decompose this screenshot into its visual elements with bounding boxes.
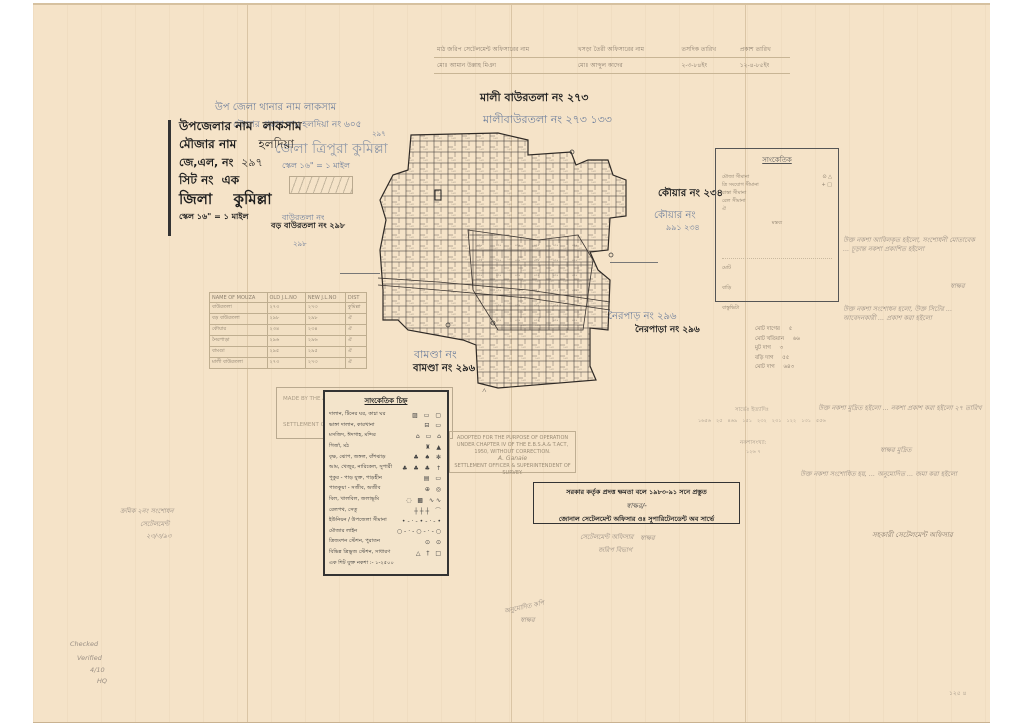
stamp-line: 1950, WITHOUT CORRECTION.	[450, 449, 575, 456]
east-boundary-num: ৯৯১ ২৩৪	[666, 222, 700, 235]
cell: ২৯৫	[267, 347, 305, 358]
stamp-signature: স্বাক্ষর/-	[534, 500, 739, 512]
handwritten-sign: স্বাক্ষর	[950, 282, 965, 291]
survey-values: ১৬৫৬২৫৪৬৯১৫১২৩২২৩১১২২১৩১৫৫৬	[698, 418, 826, 426]
cell: ২৩৪	[267, 325, 305, 336]
upazila-overlay-note: উপ জেলা থানার নাম লাকসাম	[215, 100, 336, 117]
handwritten-note-left: HQ	[97, 677, 107, 686]
index-section: মন্তব্য	[722, 220, 832, 228]
cell: বামণ্ডা	[210, 347, 268, 358]
railway-icon: ┼┼┼ ⌒	[414, 506, 443, 515]
table-row: মালী বাউরতলা২৭৩২৭৩ঐ	[210, 358, 367, 369]
legend-item: বিভিন্ন ত্রিভুজ স্টেশন, সাধারণ△ † □	[329, 548, 443, 559]
table-row: বামণ্ডা২৯৫২৯৫ঐ	[210, 347, 367, 358]
cell: ২৭৩	[305, 303, 345, 314]
cell: ঐ	[345, 347, 366, 358]
upazila-label: উপজেলার নাম	[179, 119, 253, 133]
cell: ২৯৫	[305, 347, 345, 358]
district-label: জিলা	[179, 190, 212, 208]
index-title: সাংকেতিক	[722, 154, 832, 166]
handwritten-note-left: ক্রমিক ২নং সংশোধন	[120, 507, 173, 516]
table-row: কৌয়ার২৩৪২৩৪ঐ	[210, 325, 367, 336]
header-cell: মাঠ জরিপ সেটেলমেন্ট অফিসারের নাম	[434, 42, 575, 58]
mouza-value: হলদিয়া	[258, 137, 294, 151]
stamp-line: ADOPTED FOR THE PURPOSE OF OPERATION	[450, 435, 575, 442]
legend-item: ভাঙ্গা দালান, কারখানা⊟ ▭	[329, 421, 443, 432]
north-boundary-label: মালী বাউরতলা নং ২৭৩	[480, 89, 588, 108]
area-row: মোট খতিয়ান ৬৬	[755, 336, 800, 346]
header-cell: খসড়া তৈরী অফিসারের নাম	[575, 42, 679, 58]
cell: ২৭৩	[305, 358, 345, 369]
area-row: বড়ি দাগ ৫৫	[755, 355, 800, 365]
west-boundary-num: ২৯৮	[293, 238, 307, 250]
mouza-line-icon: ○-·-○-·-○	[397, 528, 443, 535]
legend-item: আম, খেজুর, নারিকেল, সুপারী♣ ♣ ♣ ↑	[329, 463, 443, 474]
index-item: বাড়ি	[722, 285, 832, 293]
legend-item: ত্রিজংশন স্টেশন, পুরাতন⊙ ⊙	[329, 537, 443, 548]
factory-icon: ⊟ ▭	[424, 422, 443, 429]
boundary-line	[610, 262, 658, 263]
header-cell: তসদিক তারিখ	[678, 42, 736, 58]
stamp-line: SURVEY.	[450, 470, 575, 477]
legend-item: এক শিট যুক্ত নকশা :- ১-২৫০০	[329, 558, 443, 569]
handwritten-note: উক্ত নকশা মুদ্রিত হইলো ... নকশা প্রকাশ ক…	[818, 404, 983, 413]
stamp-line: জোনাল সেটেলমেন্ট অফিসার ওঃ সুপারিটেনডেন্…	[534, 514, 739, 525]
union-boundary-icon: •-·-•-·-•	[402, 518, 443, 525]
value-cell: ১২-৪-৮৫ইং	[737, 58, 790, 74]
cell: ঐ	[345, 336, 366, 347]
boundary-line	[340, 273, 380, 274]
index-row: ত্রি সংযোগ সীমানা+ □	[722, 182, 832, 190]
cell: বাউরতলা	[210, 303, 268, 314]
cell: নৈরপাড়া	[210, 336, 268, 347]
cell: ২৩৪	[305, 325, 345, 336]
mosque-icon: ⌂ ▭ ⌂	[416, 433, 443, 440]
handwritten-note-left: 4/10	[90, 666, 105, 675]
survey-notes-header: সার্ভেঃ ইত্যাদিঃ	[735, 407, 769, 415]
index-row: রাস্তা সীমানা	[722, 190, 832, 198]
stamp-signature: A. Ganaie	[450, 455, 575, 463]
stamp-line: SETTLEMENT OFFICER & SUPERINTENDENT OF	[450, 463, 575, 470]
adopted-stamp: ADOPTED FOR THE PURPOSE OF OPERATION UND…	[449, 431, 576, 473]
index-row: ঐ	[722, 206, 832, 214]
survey-sub: নকশাসংখ্যা:	[740, 440, 767, 448]
cell: ঐ	[345, 314, 366, 325]
north-boundary-label-blue: মালীবাউরতলা নং ২৭৩ ১৩৩	[483, 111, 612, 130]
cell: ২৭৩	[267, 358, 305, 369]
svg-text:△: △	[482, 387, 487, 392]
value-cell: মোঃ আব্দুল কাদের	[575, 58, 679, 74]
district-value: কুমিল্লা	[233, 190, 271, 208]
stamp-line: সরকার কর্তৃক প্রদত্ত ক্ষমতা বলে ১৯৮৩-৯১ …	[534, 487, 739, 498]
corner-note: ১২৫ ৪	[949, 688, 967, 699]
cell: কুমিল্লা	[345, 303, 366, 314]
index-item: মোট	[722, 265, 832, 273]
marsh-icon: ◌ ▩ ∿∿	[406, 497, 443, 504]
map-legend: সাংকেতিক চিহ্ন দালান, টিনের ঘর, কাচা ঘর▨…	[323, 390, 449, 576]
west-boundary-label-blue: বাউরতলা নং	[282, 212, 324, 225]
col-header: NAME OF MOUZA	[210, 293, 268, 303]
survey-info-table: মাঠ জরিপ সেটেলমেন্ট অফিসারের নাম খসড়া ত…	[434, 42, 790, 74]
pond-icon: ▤ ▭	[424, 475, 443, 482]
handwritten-note-center: সেটেলমেন্ট অফিসার	[580, 533, 633, 542]
cell: বড় বাউরতলা	[210, 314, 268, 325]
scale-bar	[289, 176, 353, 194]
triangle-station-icon: △ † □	[416, 550, 443, 557]
neighbor-mouza-table: NAME OF MOUZA OLD J.L.NO NEW J.L.NO DIST…	[209, 292, 367, 369]
scale-text: স্কেল ১৬" = ১ মাইল	[179, 212, 248, 221]
church-icon: ♜ ▲	[425, 444, 443, 451]
handwritten-note-center: স্বাক্ষর	[640, 534, 655, 543]
handwritten-note-left: ২৩/৩/৯৩	[146, 532, 172, 541]
header-cell: প্রকাশ তারিখ	[737, 42, 790, 58]
index-item: বাস্তুভিটা	[722, 305, 832, 313]
col-header: NEW J.L.NO	[305, 293, 345, 303]
cell: ২৯৮	[305, 314, 345, 325]
sheet-label: সিট নং	[179, 173, 213, 187]
legend-item: রেলপথ, সেতু┼┼┼ ⌒	[329, 505, 443, 516]
table-row: বড় বাউরতলা২৯৮২৯৮ঐ	[210, 314, 367, 325]
sheet-value: এক	[222, 173, 240, 187]
jl-value: ২৯৭	[241, 156, 262, 169]
handwritten-sign: সহকারী সেটেলমেন্ট অফিসার	[872, 530, 953, 540]
legend-item: বিল, খালবিল, জলাভূমি◌ ▩ ∿∿	[329, 495, 443, 506]
area-row: মুট দাগ ৩	[755, 345, 800, 355]
index-row: মৌজা সীমানা⊙ △	[722, 174, 832, 182]
col-header: DIST	[345, 293, 366, 303]
handwritten-note-left: Verified	[77, 654, 102, 663]
area-summary: মোট দাগের ৫ মোট খতিয়ান ৬৬ মুট দাগ ৩ বড়…	[755, 326, 800, 374]
legend-item: দালান, টিনের ঘর, কাচা ঘর▨ ▭ ▢	[329, 410, 443, 421]
cell: ঐ	[345, 358, 366, 369]
trijunction-icon: ⊙ ⊙	[425, 539, 443, 546]
mouza-label: মৌজার নাম	[179, 137, 236, 151]
handwritten-note-left: সেটেলমেন্ট	[140, 520, 169, 529]
index-box: সাংকেতিক মৌজা সীমানা⊙ △ ত্রি সংযোগ সীমান…	[715, 148, 839, 302]
cell: ২৭৩	[267, 303, 305, 314]
cell: ঐ	[345, 325, 366, 336]
legend-item: মৌজার লাইন○-·-○-·-○	[329, 527, 443, 538]
east-boundary-label: কৌয়ার নং ২৩৪	[658, 186, 723, 203]
legend-title: সাংকেতিক চিহ্ন	[329, 395, 443, 407]
handwritten-note: উক্ত নকশা সংশোধিত হয়, ... অনুমোদিত ... …	[800, 470, 980, 479]
southwest-boundary-label: বামণ্ডা নং ২৯৬	[413, 361, 475, 378]
area-row: মোট দাগের ৫	[755, 326, 800, 336]
survey-sub-value: ১২৬ ৭	[746, 449, 761, 457]
index-remarks	[722, 232, 832, 259]
value-cell: ২-৩-৮৪ইং	[678, 58, 736, 74]
handwritten-note-center: জরিপ বিভাগ	[598, 546, 632, 555]
table-row: বাউরতলা২৭৩২৭৩কুমিল্লা	[210, 303, 367, 314]
stamp-line: UNDER CHAPTER IV OF THE E.B.S.A.& T.ACT,	[450, 442, 575, 449]
handwritten-note: উক্ত নকশা আবিলকৃত হইলো, সংশোধনী মোতাবেক …	[843, 236, 983, 255]
col-header: OLD J.L.NO	[267, 293, 305, 303]
legend-item: ইউনিয়ন / উপজেলা সীমানা•-·-•-·-•	[329, 516, 443, 527]
handwritten-sign: স্বাক্ষর মুদ্রিত	[880, 446, 911, 455]
tree-icon: ♣ ♠ ✻	[413, 454, 443, 461]
cell: ২৯৬	[267, 336, 305, 347]
value-cell: মোঃ আমান উল্লাহ মিঞা	[434, 58, 575, 74]
index-row: রেল সীমানা	[722, 198, 832, 206]
jl-label: জে,এল, নং	[179, 156, 233, 169]
legend-item: গির্জা, মঠ♜ ▲	[329, 442, 443, 453]
upazila-value: লাকসাম	[263, 119, 302, 133]
cell: ২৯৮	[267, 314, 305, 325]
palm-icon: ♣ ♣ ♣ ↑	[402, 465, 443, 472]
legend-item: পাতকুয়া - সজীব, অজীব⊕ ◎	[329, 484, 443, 495]
table-row: নৈরপাড়া২৯৬২৯৬ঐ	[210, 336, 367, 347]
handwritten-note-mid: স্বাক্ষর	[520, 616, 535, 625]
handwritten-note-left: Checked	[70, 640, 98, 649]
well-icon: ⊕ ◎	[425, 486, 443, 493]
cell: কৌয়ার	[210, 325, 268, 336]
legend-item: বৃক্ষ, ঝোপ, জঙ্গল, বাঁশঝাড়♣ ♠ ✻	[329, 452, 443, 463]
southeast-boundary-label: নৈরপাড়া নং ২৯৬	[635, 322, 700, 337]
handwritten-note: উক্ত নকশা সংশোধন হলো, উক্ত সিটের ... আবে…	[843, 305, 983, 324]
legend-item: পুকুর - পাড় যুক্ত, পাড়হীন▤ ▭	[329, 474, 443, 485]
cell: মালী বাউরতলা	[210, 358, 268, 369]
building-icon: ▨ ▭ ▢	[412, 412, 443, 419]
legend-item: মসজিদ, ঈদগাহ, মন্দির⌂ ▭ ⌂	[329, 431, 443, 442]
authorization-stamp: সরকার কর্তৃক প্রদত্ত ক্ষমতা বলে ১৯৮৩-৯১ …	[533, 482, 740, 524]
cell: ২৯৬	[305, 336, 345, 347]
area-row: মোট দাগ ৬৪৩	[755, 364, 800, 374]
